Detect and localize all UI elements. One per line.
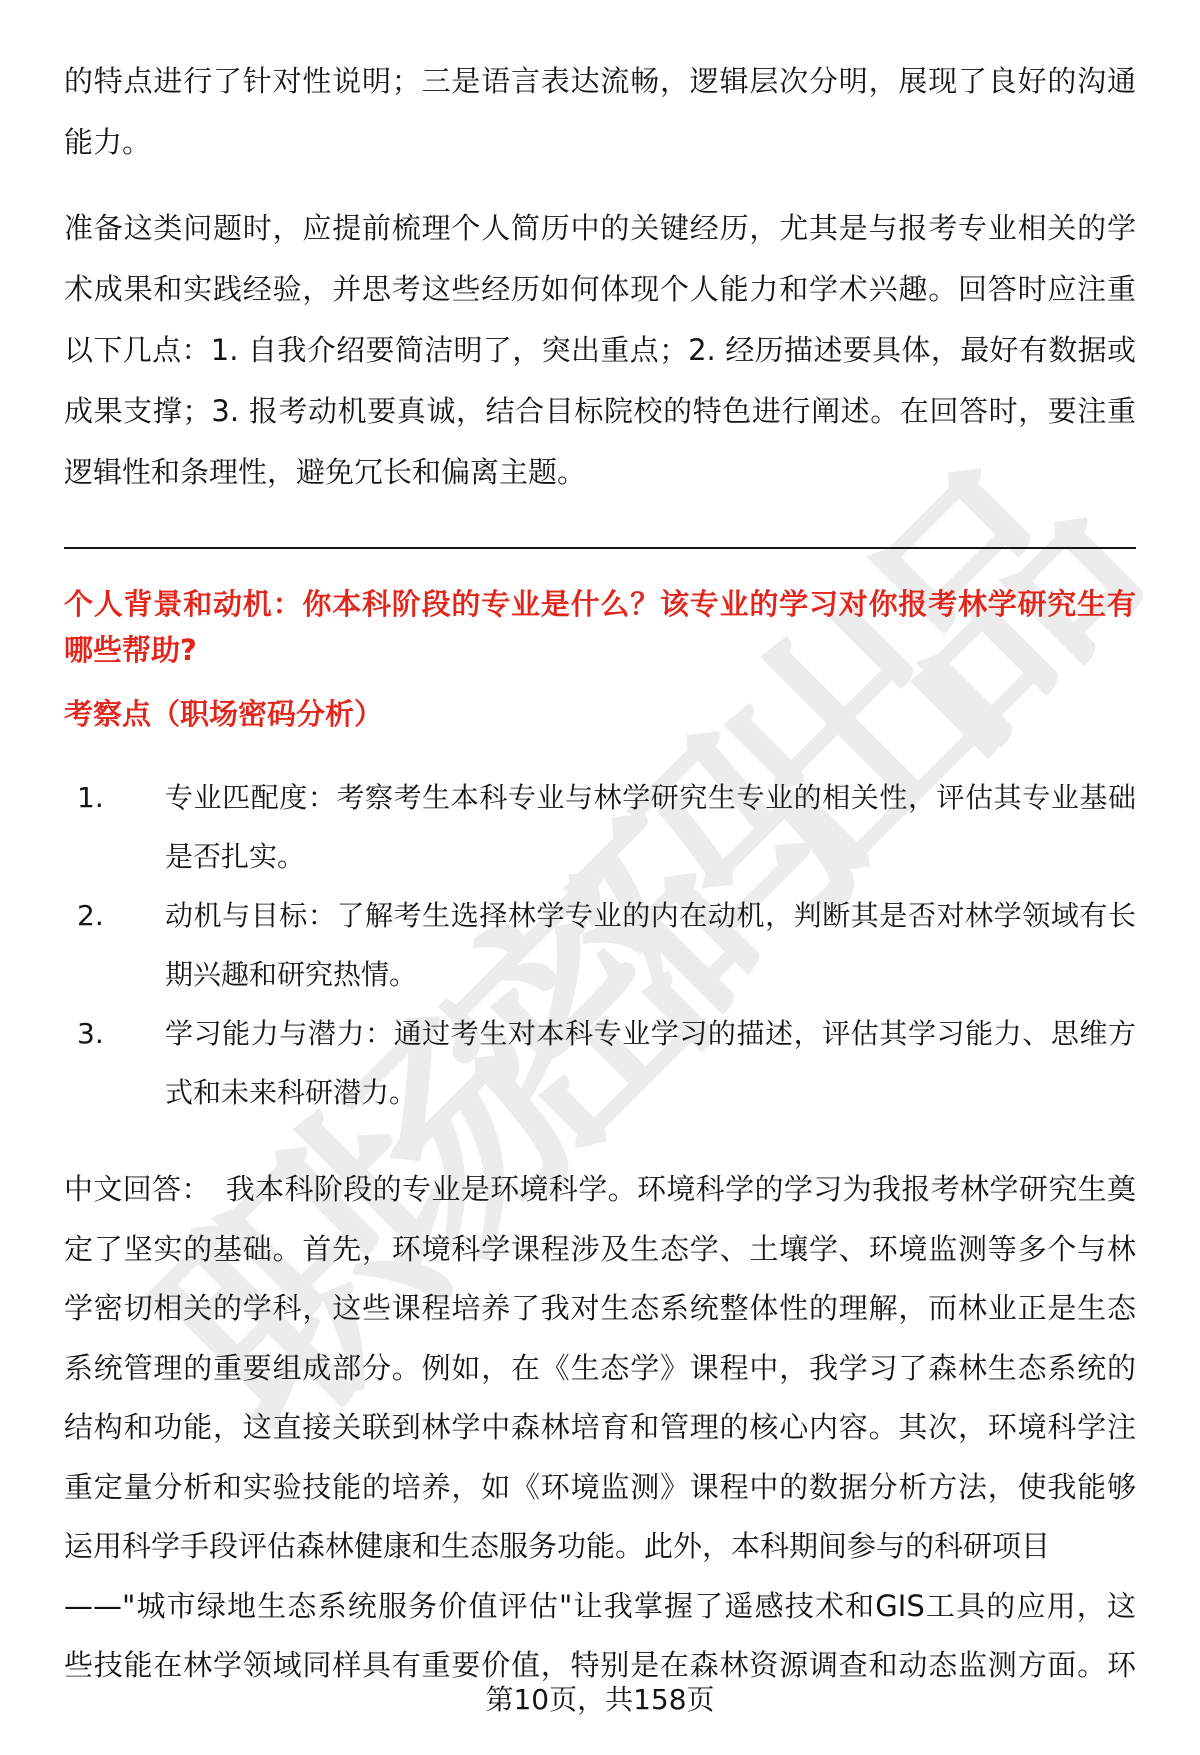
list-item-line: 是否扎实。 — [165, 827, 1136, 886]
answer-line: 中文回答： 我本科阶段的专业是环境科学。环境科学的学习为我报考林学研究生奠 — [64, 1160, 1136, 1220]
list-number: 1. — [77, 768, 104, 827]
answer-line: 运用科学手段评估森林健康和生态服务功能。此外，本科期间参与的科研项目 — [64, 1517, 1136, 1577]
answer-paragraph: 中文回答： 我本科阶段的专业是环境科学。环境科学的学习为我报考林学研究生奠 定了… — [64, 1160, 1136, 1696]
list-item-line: 学习能力与潜力：通过考生对本科专业学习的描述，评估其学习能力、思维方 — [165, 1004, 1136, 1063]
answer-line: 结构和功能，这直接关联到林学中森林培育和管理的核心内容。其次，环境科学注 — [64, 1398, 1136, 1458]
text-line: 的特点进行了针对性说明；三是语言表达流畅，逻辑层次分明，展现了良好的沟通 — [64, 51, 1136, 112]
page-indicator: 第10页，共158页 — [485, 1683, 714, 1716]
list-item-line: 专业匹配度：考察考生本科专业与林学研究生专业的相关性，评估其专业基础 — [165, 768, 1136, 827]
analysis-heading-label: 考察点（职场密码分析） — [64, 691, 1136, 737]
text-line: 准备这类问题时，应提前梳理个人简历中的关键经历，尤其是与报考专业相关的学 — [64, 198, 1136, 259]
analysis-heading: 考察点（职场密码分析） — [64, 691, 1136, 737]
text-line: 以下几点：1. 自我介绍要简洁明了，突出重点；2. 经历描述要具体，最好有数据或 — [64, 320, 1136, 381]
text-line: 成果支撑；3. 报考动机要真诚，结合目标院校的特色进行阐述。在回答时，要注重 — [64, 381, 1136, 442]
answer-line: 系统管理的重要组成部分。例如，在《生态学》课程中，我学习了森林生态系统的 — [64, 1339, 1136, 1399]
list-item-line: 期兴趣和研究热情。 — [165, 945, 1136, 1004]
exam-point-1: 1. 专业匹配度：考察考生本科专业与林学研究生专业的相关性，评估其专业基础 是否… — [64, 768, 1136, 886]
answer-line: 重定量分析和实验技能的培养，如《环境监测》课程中的数据分析方法，使我能够 — [64, 1458, 1136, 1518]
question-heading-line: 哪些帮助? — [64, 627, 1136, 673]
answer-line: ——"城市绿地生态系统服务价值评估"让我掌握了遥感技术和GIS工具的应用，这 — [64, 1577, 1136, 1637]
text-line: 逻辑性和条理性，避免冗长和偏离主题。 — [64, 442, 1136, 503]
page-footer: 第10页，共158页 — [0, 1678, 1200, 1718]
page-content: 的特点进行了针对性说明；三是语言表达流畅，逻辑层次分明，展现了良好的沟通 能力。… — [0, 0, 1200, 1755]
list-number: 2. — [77, 886, 104, 945]
list-number: 3. — [77, 1004, 104, 1063]
exam-point-3: 3. 学习能力与潜力：通过考生对本科专业学习的描述，评估其学习能力、思维方 式和… — [64, 1004, 1136, 1122]
question-heading-line: 个人背景和动机：你本科阶段的专业是什么？该专业的学习对你报考林学研究生有 — [64, 581, 1136, 627]
question-heading: 个人背景和动机：你本科阶段的专业是什么？该专业的学习对你报考林学研究生有 哪些帮… — [64, 581, 1136, 673]
answer-line: 学密切相关的学科，这些课程培养了我对生态系统整体性的理解，而林业正是生态 — [64, 1279, 1136, 1339]
paragraph-prep: 准备这类问题时，应提前梳理个人简历中的关键经历，尤其是与报考专业相关的学 术成果… — [64, 198, 1136, 503]
list-item-line: 动机与目标：了解考生选择林学专业的内在动机，判断其是否对林学领域有长 — [165, 886, 1136, 945]
text-line: 术成果和实践经验，并思考这些经历如何体现个人能力和学术兴趣。回答时应注重 — [64, 259, 1136, 320]
exam-point-2: 2. 动机与目标：了解考生选择林学专业的内在动机，判断其是否对林学领域有长 期兴… — [64, 886, 1136, 1004]
text-line: 能力。 — [64, 112, 1136, 173]
answer-line: 定了坚实的基础。首先，环境科学课程涉及生态学、土壤学、环境监测等多个与林 — [64, 1220, 1136, 1280]
section-divider — [64, 547, 1136, 549]
document-page: 职场密码出品 的特点进行了针对性说明；三是语言表达流畅，逻辑层次分明，展现了良好… — [0, 0, 1200, 1755]
list-item-line: 式和未来科研潜力。 — [165, 1063, 1136, 1122]
paragraph-top: 的特点进行了针对性说明；三是语言表达流畅，逻辑层次分明，展现了良好的沟通 能力。 — [64, 51, 1136, 173]
